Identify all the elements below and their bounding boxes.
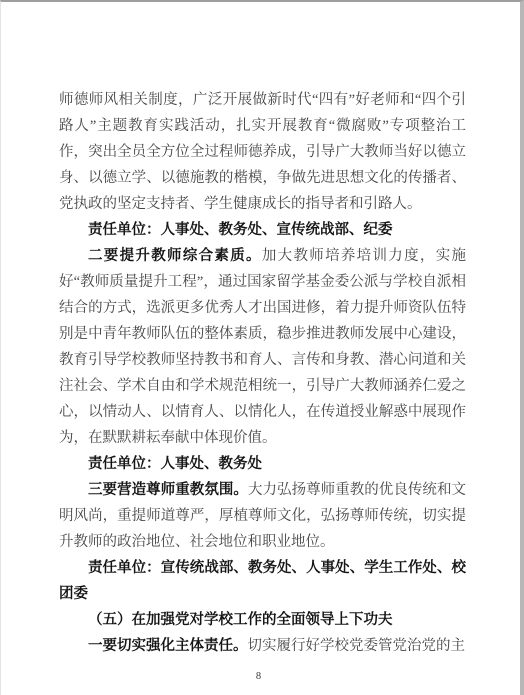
document-body: 师德师风相关制度，广泛开展做新时代“四有”好老师和“四个引路人”主题教育实践活动… (59, 87, 466, 659)
item-three-lead: 三要营造尊师重教氛围。 (88, 482, 248, 498)
paragraph-item-two: 二要提升教师综合素质。加大教师培养培训力度，实施好“教师质量提升工程”，通过国家… (59, 243, 466, 451)
item-two-lead: 二要提升教师综合素质。 (88, 248, 262, 264)
paragraph-teacher-ethics-continuation: 师德师风相关制度，广泛开展做新时代“四有”好老师和“四个引路人”主题教育实践活动… (59, 87, 466, 217)
paragraph-item-three: 三要营造尊师重教氛围。大力弘扬尊师重教的优良传统和文明风尚，重提师道尊严，厚植尊… (59, 477, 466, 555)
page-number: 8 (1, 671, 516, 682)
paragraph-item-one: 一要切实强化主体责任。切实履行好学校党委管党治党的主 (59, 633, 466, 659)
responsible-unit-line-1: 责任单位：人事处、教务处、宣传统战部、纪委 (59, 217, 466, 243)
item-one-body: 切实履行好学校党委管党治党的主 (248, 638, 466, 654)
document-page: 师德师风相关制度，广泛开展做新时代“四有”好老师和“四个引路人”主题教育实践活动… (0, 0, 524, 695)
item-one-lead: 一要切实强化主体责任。 (88, 638, 248, 654)
responsible-unit-line-3: 责任单位：宣传统战部、教务处、人事处、学生工作处、校团委 (59, 555, 466, 607)
section-heading-five: （五）在加强党对学校工作的全面领导上下功夫 (59, 607, 466, 633)
item-two-body: 加大教师培养培训力度，实施好“教师质量提升工程”，通过国家留学基金委公派与学校自… (59, 248, 466, 446)
responsible-unit-line-2: 责任单位：人事处、教务处 (59, 451, 466, 477)
